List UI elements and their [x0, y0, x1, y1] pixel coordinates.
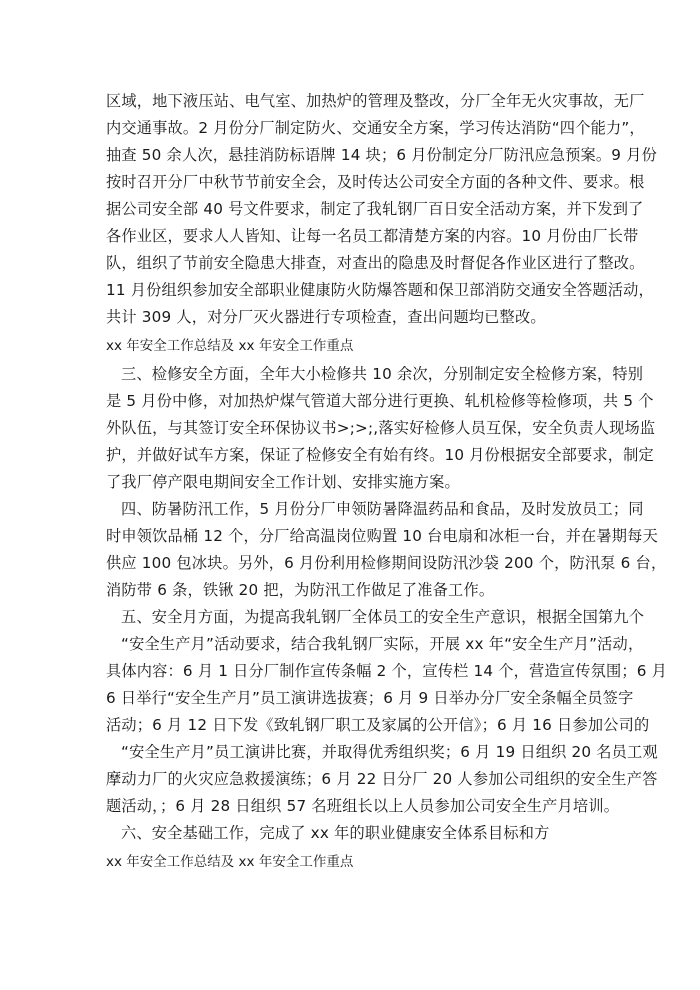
text-line: 了我厂停产限电期间安全工作计划、安排实施方案。 — [106, 469, 598, 496]
paragraph-fire-traffic-safety: 区域，地下液压站、电气室、加热炉的管理及整改，分厂全年无火灾事故，无厂 内交通事… — [106, 88, 598, 331]
paragraph-safety-foundation: 六、安全基础工作，完成了 xx 年的职业健康安全体系目标和方 — [106, 820, 598, 847]
text-line: 题活动，；6 月 28 日组织 57 名班组长以上人员参加公司安全生产月培训。 — [106, 793, 598, 820]
document-page: 区域，地下液压站、电气室、加热炉的管理及整改，分厂全年无火灾事故，无厂 内交通事… — [106, 88, 598, 877]
paragraph-heat-flood-prevention: 四、防暑防汛工作，5 月份分厂申领防暑降温药品和食品，及时发放员工；同 时申领饮… — [106, 496, 598, 604]
running-header-title: xx 年安全工作总结及 xx 年安全工作重点 — [106, 331, 598, 361]
text-line: 6 日举行“安全生产月”员工演讲选拔赛；6 月 9 日举办分厂安全条幅全员签字 — [106, 685, 598, 712]
text-line: 活动；6 月 12 日下发《致轧钢厂职工及家属的公开信》；6 月 16 日参加公… — [106, 712, 598, 739]
text-line: 摩动力厂的火灾应急救援演练；6 月 22 日分厂 20 人参加公司组织的安全生产… — [106, 766, 598, 793]
text-line: 区域，地下液压站、电气室、加热炉的管理及整改，分厂全年无火灾事故，无厂 — [106, 88, 598, 115]
text-line: 队，组织了节前安全隐患大排查，对查出的隐患及时督促各作业区进行了整改。 — [106, 250, 598, 277]
text-line: 按时召开分厂中秋节节前安全会，及时传达公司安全方面的各种文件、要求。根 — [106, 169, 598, 196]
paragraph-safety-month: 五、安全月方面，为提高我轧钢厂全体员工的安全生产意识，根据全国第九个 “安全生产… — [106, 604, 598, 820]
text-line: 三、检修安全方面，全年大小检修共 10 余次，分别制定安全检修方案，特别 — [106, 361, 598, 388]
text-line: 五、安全月方面，为提高我轧钢厂全体员工的安全生产意识，根据全国第九个 — [106, 604, 598, 631]
paragraph-maintenance-safety: 三、检修安全方面，全年大小检修共 10 余次，分别制定安全检修方案，特别 是 5… — [106, 361, 598, 496]
text-line: “安全生产月”活动要求，结合我轧钢厂实际，开展 xx 年“安全生产月”活动， — [106, 631, 598, 658]
text-line: 四、防暑防汛工作，5 月份分厂申领防暑降温药品和食品，及时发放员工；同 — [106, 496, 598, 523]
text-line: 外队伍，与其签订安全环保协议书>;>;,落实好检修人员互保，安全负责人现场监 — [106, 415, 598, 442]
text-line: 护，并做好试车方案，保证了检修安全有始有终。10 月份根据安全部要求，制定 — [106, 442, 598, 469]
text-line: 时申领饮品桶 12 个，分厂给高温岗位购置 10 台电扇和冰柜一台，并在暑期每天 — [106, 523, 598, 550]
running-footer-title: xx 年安全工作总结及 xx 年安全工作重点 — [106, 847, 598, 877]
text-line: 抽查 50 余人次，悬挂消防标语牌 14 块；6 月份制定分厂防汛应急预案。9 … — [106, 142, 598, 169]
text-line: 据公司安全部 40 号文件要求，制定了我轧钢厂百日安全活动方案，并下发到了 — [106, 196, 598, 223]
text-line: 各作业区，要求人人皆知、让每一名员工都清楚方案的内容。10 月份由厂长带 — [106, 223, 598, 250]
text-line: 供应 100 包冰块。另外，6 月份利用检修期间设防汛沙袋 200 个，防汛泵 … — [106, 550, 598, 577]
text-line: 具体内容：6 月 1 日分厂制作宣传条幅 2 个，宣传栏 14 个，营造宣传氛围… — [106, 658, 598, 685]
text-line: 11 月份组织参加安全部职业健康防火防爆答题和保卫部消防交通安全答题活动， — [106, 277, 598, 304]
text-line: 消防带 6 条，铁锹 20 把，为防汛工作做足了准备工作。 — [106, 577, 598, 604]
text-line: “安全生产月”员工演讲比赛，并取得优秀组织奖；6 月 19 日组织 20 名员工… — [106, 739, 598, 766]
text-line: 是 5 月份中修，对加热炉煤气管道大部分进行更换、轧机检修等检修项，共 5 个 — [106, 388, 598, 415]
text-line: 内交通事故。2 月份分厂制定防火、交通安全方案，学习传达消防“四个能力”， — [106, 115, 598, 142]
text-line: 六、安全基础工作，完成了 xx 年的职业健康安全体系目标和方 — [106, 820, 598, 847]
text-line: 共计 309 人，对分厂灭火器进行专项检查，查出问题均已整改。 — [106, 304, 598, 331]
